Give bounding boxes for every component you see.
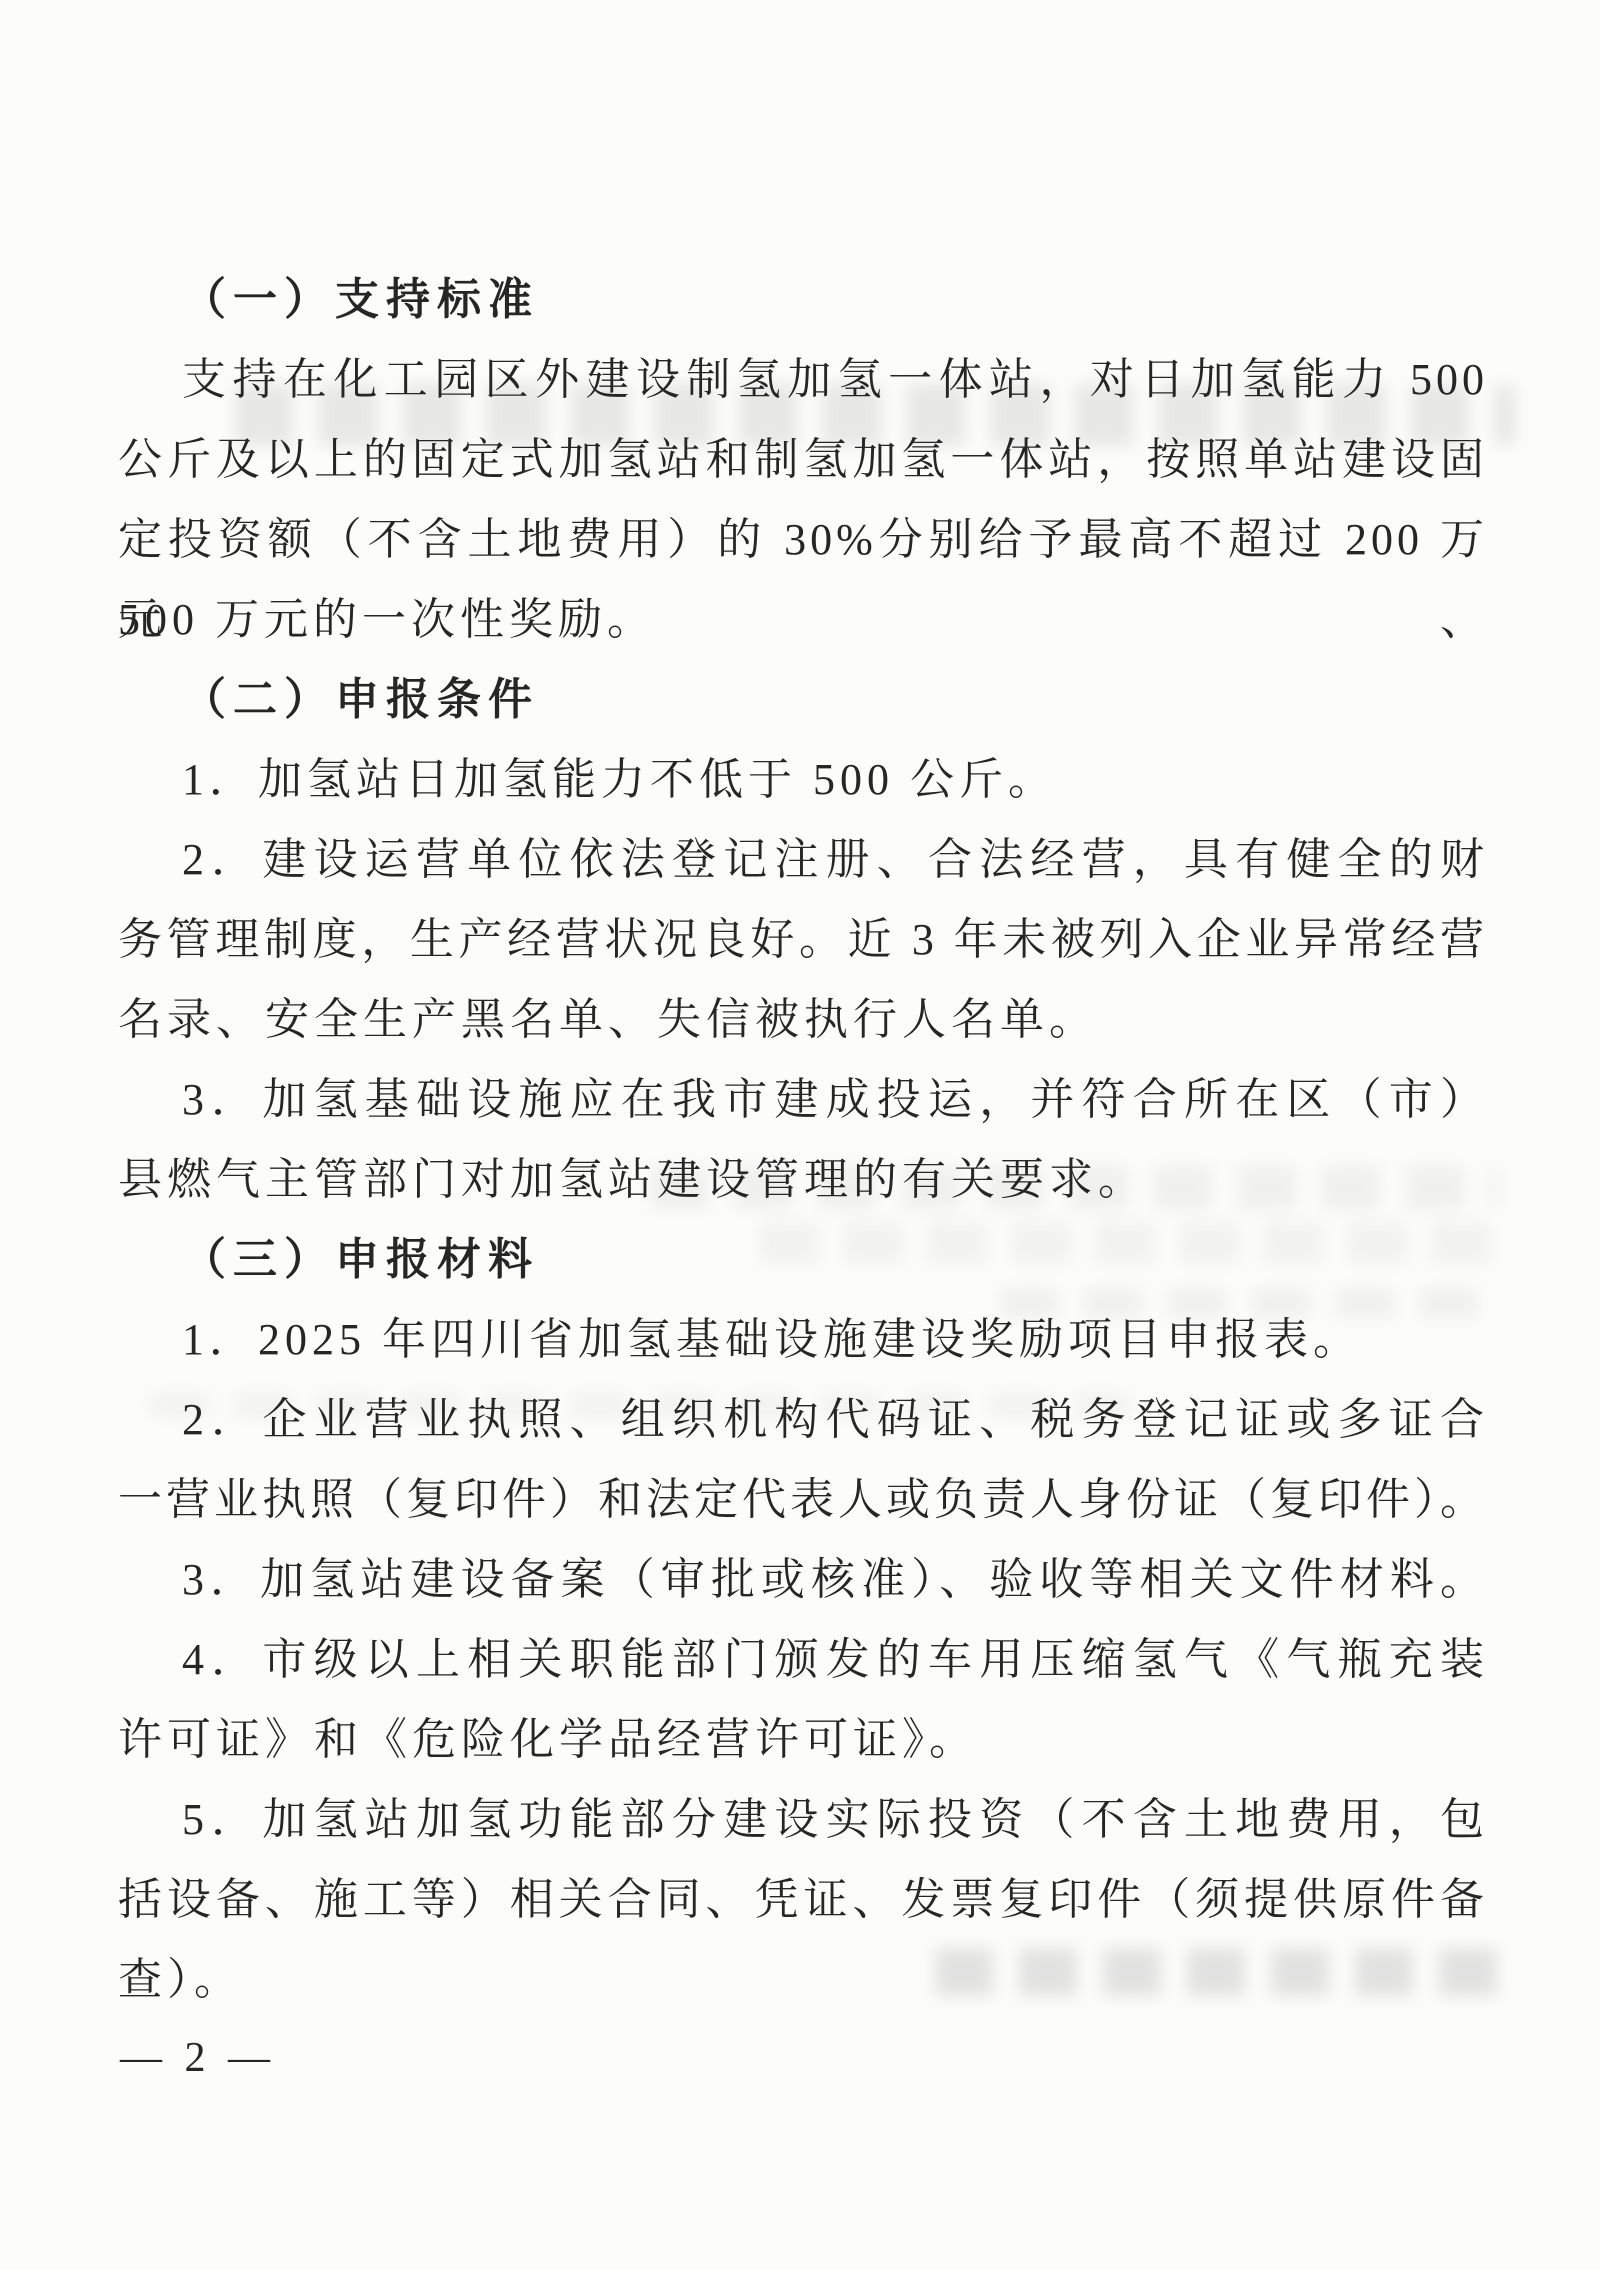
text-line: 1．加氢站日加氢能力不低于 500 公斤。 — [118, 740, 1488, 820]
document-body: （一）支持标准支持在化工园区外建设制氢加氢一体站，对日加氢能力 500公斤及以上… — [118, 260, 1488, 2020]
text-line: 4．市级以上相关职能部门颁发的车用压缩氢气《气瓶充装 — [118, 1620, 1488, 1700]
page-number: — 2 — — [120, 2034, 276, 2082]
text-line: 2．建设运营单位依法登记注册、合法经营，具有健全的财 — [118, 820, 1488, 900]
text-line: 许可证》和《危险化学品经营许可证》。 — [118, 1700, 1488, 1780]
document-page: （一）支持标准支持在化工园区外建设制氢加氢一体站，对日加氢能力 500公斤及以上… — [0, 0, 1600, 2270]
text-line: 一营业执照（复印件）和法定代表人或负责人身份证（复印件）。 — [118, 1460, 1488, 1540]
text-line: 5．加氢站加氢功能部分建设实际投资（不含土地费用，包 — [118, 1780, 1488, 1860]
text-line: 务管理制度，生产经营状况良好。近 3 年未被列入企业异常经营 — [118, 900, 1488, 980]
text-line: 3．加氢站建设备案（审批或核准）、验收等相关文件材料。 — [118, 1540, 1488, 1620]
text-line: 县燃气主管部门对加氢站建设管理的有关要求。 — [118, 1140, 1488, 1220]
text-line: 括设备、施工等）相关合同、凭证、发票复印件（须提供原件备 — [118, 1860, 1488, 1940]
text-line: （三）申报材料 — [118, 1220, 1488, 1300]
text-line: 公斤及以上的固定式加氢站和制氢加氢一体站，按照单站建设固 — [118, 420, 1488, 500]
text-line: 定投资额（不含土地费用）的 30%分别给予最高不超过 200 万元、 — [118, 500, 1488, 580]
text-line: （一）支持标准 — [118, 260, 1488, 340]
text-line: 3．加氢基础设施应在我市建成投运，并符合所在区（市） — [118, 1060, 1488, 1140]
text-line: 支持在化工园区外建设制氢加氢一体站，对日加氢能力 500 — [118, 340, 1488, 420]
text-line: 1．2025 年四川省加氢基础设施建设奖励项目申报表。 — [118, 1300, 1488, 1380]
text-line: 名录、安全生产黑名单、失信被执行人名单。 — [118, 980, 1488, 1060]
text-line: 2．企业营业执照、组织机构代码证、税务登记证或多证合 — [118, 1380, 1488, 1460]
text-line: 查）。 — [118, 1940, 1488, 2020]
text-line: （二）申报条件 — [118, 660, 1488, 740]
